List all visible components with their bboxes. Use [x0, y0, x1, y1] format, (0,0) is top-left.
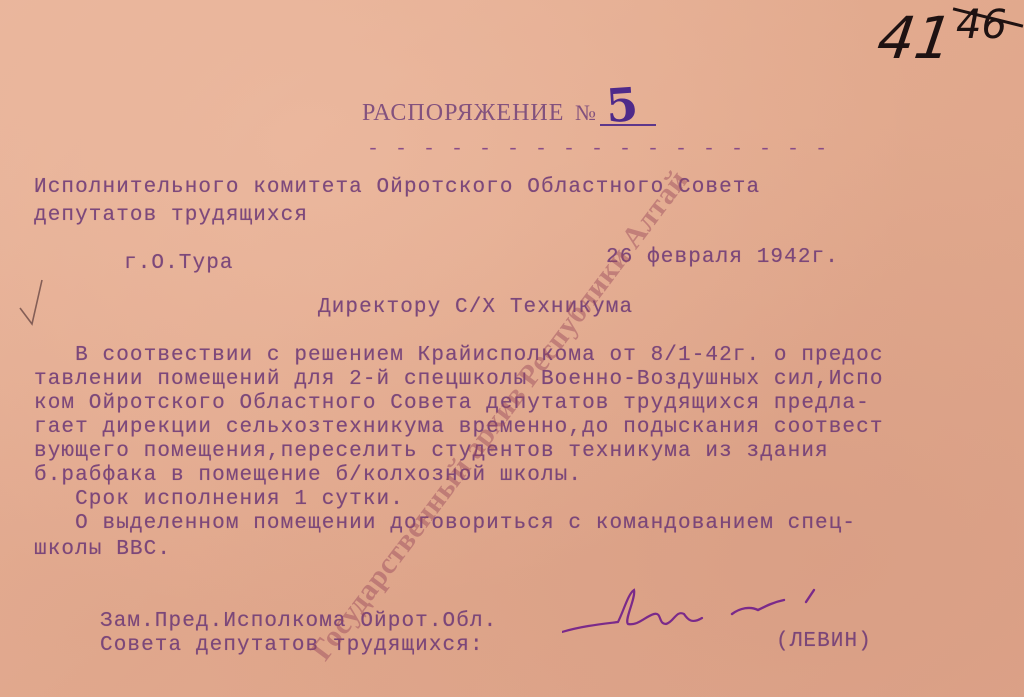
number-underline [600, 124, 656, 126]
check-mark-icon [18, 278, 48, 334]
number-sign: № [575, 100, 596, 126]
body-line-3: ком Ойротского Областного Совета депутат… [34, 392, 870, 415]
archive-page-number: 41 [873, 4, 956, 72]
place: г.О.Тура [124, 252, 234, 275]
body-line-6: б.рабфака в помещение б/колхозной школы. [34, 464, 582, 487]
body-line-4: гает дирекции сельхозтехникума временно,… [34, 416, 884, 439]
body-line-1: В соотвествии с решением Крайисполкома о… [34, 344, 884, 367]
body-line-2: тавлении помещений для 2-й спецшколы Вое… [34, 368, 884, 391]
issuer-line-2: депутатов трудящихся [34, 204, 308, 227]
document-title: РАСПОРЯЖЕНИЕ [362, 100, 564, 127]
signatory-title-line-1: Зам.Пред.Исполкома Ойрот.Обл. [100, 610, 497, 633]
body-line-8: школы ВВС. [34, 538, 171, 561]
title-dashed-rule: - - - - - - - - - - - - - - - - - [367, 138, 829, 161]
handwritten-signature [562, 580, 832, 640]
body-line-5: вующего помещения,переселить студентов т… [34, 440, 829, 463]
body-line-deadline: Срок исполнения 1 сутки. [34, 488, 404, 511]
signatory-title-line-2: Совета депутатов трудящихся: [100, 634, 484, 657]
